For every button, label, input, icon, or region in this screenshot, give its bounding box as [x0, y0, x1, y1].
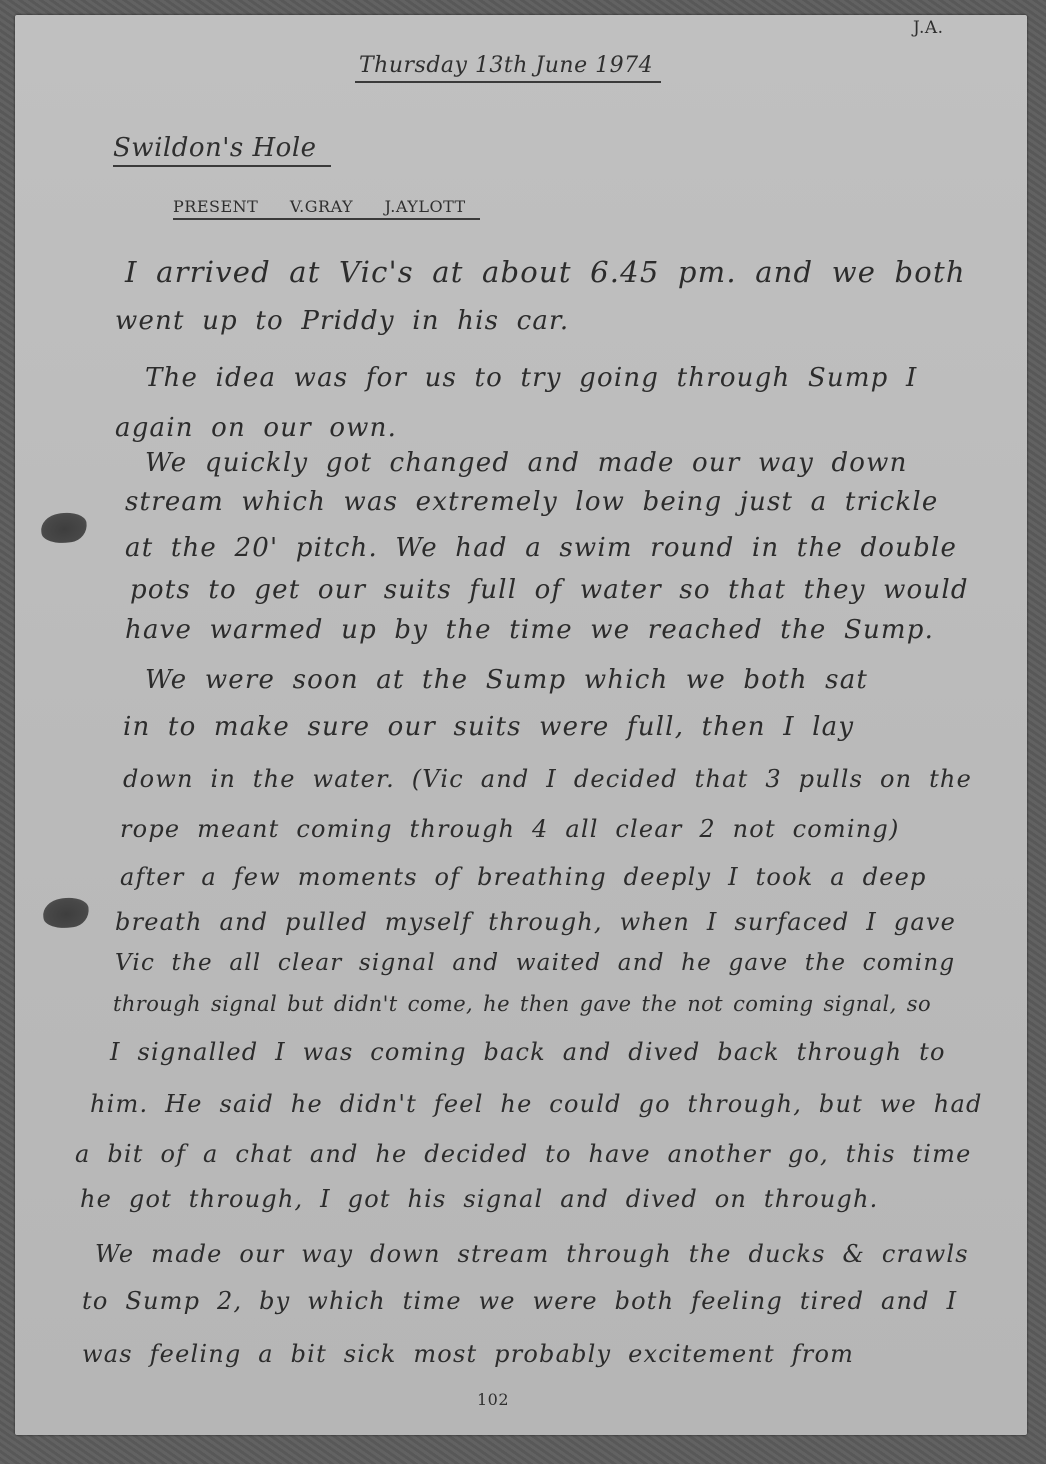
journal-line: through signal but didn't come, he then … [113, 992, 931, 1016]
handwritten-page: J.A. Thursday 13th June 1974 Swildon's H… [15, 15, 1027, 1435]
journal-line: I arrived at Vic's at about 6.45 pm. and… [125, 255, 966, 289]
journal-line: after a few moments of breathing deeply … [120, 863, 927, 891]
journal-line: again on our own. [115, 413, 397, 443]
journal-line: he got through, I got his signal and div… [80, 1185, 878, 1213]
journal-line: stream which was extremely low being jus… [125, 487, 938, 517]
page-number: 102 [477, 1390, 509, 1409]
journal-line: was feeling a bit sick most probably exc… [82, 1340, 854, 1368]
journal-line: We were soon at the Sump which we both s… [145, 665, 868, 695]
journal-line: We quickly got changed and made our way … [145, 448, 908, 478]
journal-line: in to make sure our suits were full, the… [123, 712, 854, 742]
journal-line: have warmed up by the time we reached th… [125, 615, 934, 645]
journal-body: I arrived at Vic's at about 6.45 pm. and… [15, 15, 1027, 1435]
journal-line: I signalled I was coming back and dived … [110, 1038, 946, 1066]
journal-line: down in the water. (Vic and I decided th… [123, 765, 972, 793]
journal-line: We made our way down stream through the … [95, 1240, 969, 1268]
journal-line: a bit of a chat and he decided to have a… [75, 1140, 972, 1168]
journal-line: to Sump 2, by which time we were both fe… [82, 1287, 957, 1315]
journal-line: pots to get our suits full of water so t… [130, 575, 969, 605]
journal-line: at the 20' pitch. We had a swim round in… [125, 533, 957, 563]
journal-line: went up to Priddy in his car. [115, 306, 569, 336]
journal-line: Vic the all clear signal and waited and … [115, 950, 955, 976]
journal-line: breath and pulled myself through, when I… [115, 908, 956, 936]
journal-line: The idea was for us to try going through… [145, 363, 917, 393]
journal-line: rope meant coming through 4 all clear 2 … [120, 815, 900, 843]
journal-line: him. He said he didn't feel he could go … [90, 1090, 983, 1118]
